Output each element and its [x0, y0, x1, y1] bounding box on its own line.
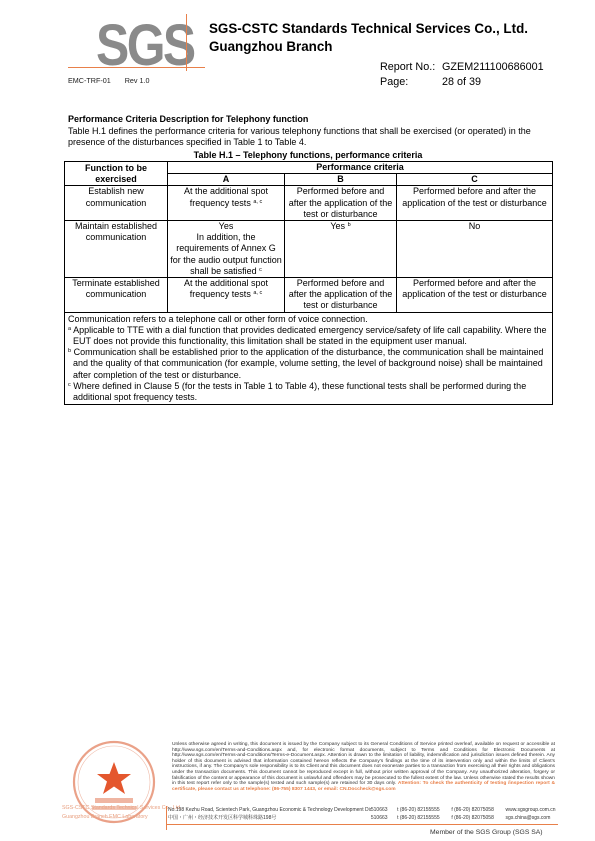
seal-caption: SGS-CSTC Standards Technical Services Co… [62, 804, 182, 822]
sgs-logo: SGS [68, 14, 210, 70]
disclaimer-text: Unless otherwise agreed in writing, this… [172, 742, 555, 786]
cell-a-text: Yes [170, 221, 282, 232]
address-row-cn: 中国・广州・经济技术开发区科学城科珠路198号 510663 t (86-20)… [168, 814, 558, 822]
cell-c: Performed before and after the applicati… [397, 278, 553, 313]
footnote-ref: a, c [253, 199, 262, 205]
footer-horizontal-rule [166, 824, 558, 825]
email-link[interactable]: sgs.china@sgs.com [506, 814, 558, 822]
revision: Rev 1.0 [125, 76, 150, 85]
form-code-value: EMC-TRF-01 [68, 76, 111, 85]
logo-horizontal-rule [68, 67, 205, 68]
postcode-cn: 510663 [371, 814, 397, 822]
cell-a: At the additional spot frequency tests a… [168, 186, 285, 221]
report-number-label: Report No.: [380, 60, 442, 75]
seal-line-1: SGS-CSTC Standards Technical Services Co… [62, 804, 182, 813]
phone-cn: t (86-20) 82155555 [397, 814, 451, 822]
page-number: 28 of 39 [442, 76, 481, 88]
table-row: Establish new communication At the addit… [65, 186, 553, 221]
footnote-ref: a, c [253, 290, 262, 296]
fax: f (86-20) 82075058 [451, 806, 505, 814]
fax-cn: f (86-20) 82075058 [451, 814, 505, 822]
page-label: Page: [380, 75, 442, 90]
cell-b: Performed before and after the applicati… [285, 278, 397, 313]
company-line-1: SGS-CSTC Standards Technical Services Co… [209, 20, 528, 38]
section-title: Performance Criteria Description for Tel… [68, 114, 308, 124]
logo-text: SGS [96, 18, 194, 74]
performance-criteria-table: Function to be exercised Performance cri… [64, 161, 553, 405]
header-performance-criteria: Performance criteria [168, 162, 553, 174]
note-mark: c [68, 382, 71, 388]
table-notes-row: Communication refers to a telephone call… [65, 312, 553, 405]
note-b: b Communication shall be established pri… [68, 347, 549, 381]
cell-a-extra: In addition, the requirements of Annex G… [170, 232, 282, 276]
note-text: Where defined in Clause 5 (for the tests… [73, 381, 526, 402]
note-a: a Applicable to TTE with a dial function… [68, 325, 549, 347]
report-info: Report No.:GZEM211100686001 Page:28 of 3… [380, 60, 544, 90]
header-function: Function to be exercised [65, 162, 168, 186]
note-c: c Where defined in Clause 5 (for the tes… [68, 381, 549, 403]
note-general: Communication refers to a telephone call… [68, 314, 549, 325]
address-row-en: No.198 Kezhu Road, Scientech Park, Guang… [168, 806, 558, 814]
note-mark: a [68, 326, 71, 332]
cell-a: At the additional spot frequency tests a… [168, 278, 285, 313]
cell-b: Yes b [285, 221, 397, 278]
form-code: EMC-TRF-01Rev 1.0 [68, 76, 164, 85]
address-cn: 中国・广州・经济技术开发区科学城科珠路198号 [168, 814, 371, 822]
cell-a: Yes In addition, the requirements of Ann… [168, 221, 285, 278]
footnote-ref: c [259, 267, 262, 273]
note-text: Communication shall be established prior… [73, 347, 543, 379]
seal-line-2: Guangzhou Branch EMC Laboratory [62, 813, 182, 822]
company-line-2: Guangzhou Branch [209, 38, 528, 56]
note-text: Applicable to TTE with a dial function t… [73, 325, 547, 346]
report-number-row: Report No.:GZEM211100686001 [380, 60, 544, 75]
header-col-a: A [168, 174, 285, 186]
group-membership: Member of the SGS Group (SGS SA) [430, 829, 543, 836]
cell-b-text: Yes [330, 221, 345, 231]
section-intro: Table H.1 defines the performance criter… [68, 126, 558, 148]
footer-vertical-rule [166, 806, 167, 830]
cell-function: Terminate established communication [65, 278, 168, 313]
report-number: GZEM211100686001 [442, 61, 544, 73]
table-header-row: Function to be exercised Performance cri… [65, 162, 553, 174]
cell-function: Establish new communication [65, 186, 168, 221]
phone: t (86-20) 82155555 [397, 806, 451, 814]
postcode: 510663 [371, 806, 397, 814]
cell-function: Maintain established communication [65, 221, 168, 278]
note-mark: b [68, 348, 71, 354]
legal-disclaimer: Unless otherwise agreed in writing, this… [172, 742, 555, 792]
footnote-ref: b [348, 222, 351, 228]
company-name: SGS-CSTC Standards Technical Services Co… [209, 20, 528, 56]
header-col-b: B [285, 174, 397, 186]
logo-vertical-rule [186, 14, 187, 71]
table-notes: Communication refers to a telephone call… [65, 312, 553, 405]
cell-c: No [397, 221, 553, 278]
table-title: Table H.1 – Telephony functions, perform… [64, 150, 552, 160]
address-block: No.198 Kezhu Road, Scientech Park, Guang… [168, 806, 558, 822]
table-row: Maintain established communication Yes I… [65, 221, 553, 278]
page-row: Page:28 of 39 [380, 75, 544, 90]
cell-c: Performed before and after the applicati… [397, 186, 553, 221]
address-en: No.198 Kezhu Road, Scientech Park, Guang… [168, 806, 371, 814]
header-col-c: C [397, 174, 553, 186]
table-row: Terminate established communication At t… [65, 278, 553, 313]
website-link[interactable]: www.sgsgroup.com.cn [506, 806, 558, 814]
cell-b: Performed before and after the applicati… [285, 186, 397, 221]
